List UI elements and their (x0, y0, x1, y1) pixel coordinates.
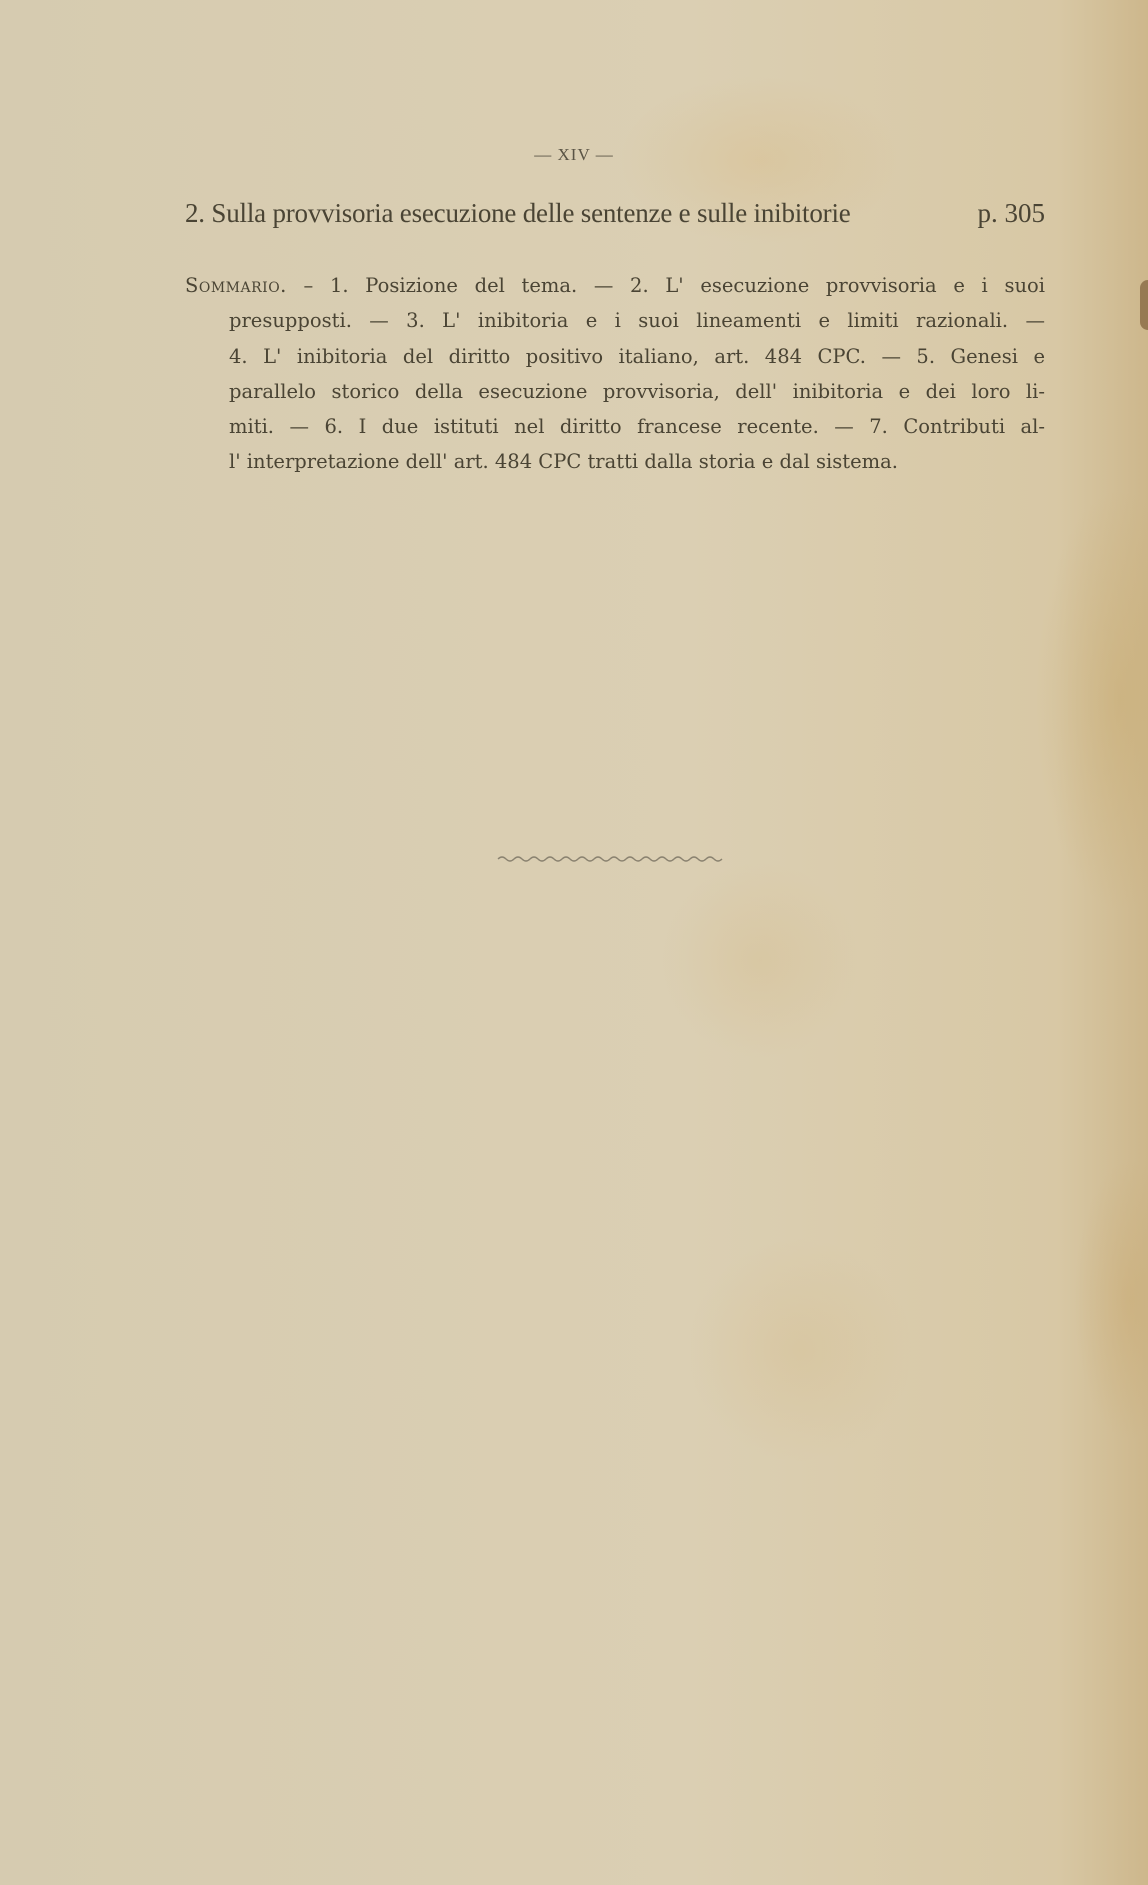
summary-line-1-text: – 1. Posizione del tema. — 2. L' esecuzi… (287, 274, 1045, 297)
summary-line-4: parallelo storico della esecuzione provv… (185, 374, 1045, 409)
toc-entry-title: 2. Sulla provvisoria esecuzione delle se… (185, 198, 851, 229)
page-folio: — XIV — (0, 145, 1148, 165)
summary-block: Sommario. – 1. Posizione del tema. — 2. … (185, 268, 1045, 480)
toc-entry-page-ref: p. 305 (978, 198, 1046, 229)
summary-line-1: Sommario. – 1. Posizione del tema. — 2. … (185, 268, 1045, 303)
summary-line-6: l' interpretazione dell' art. 484 CPC tr… (185, 444, 1045, 479)
wavy-rule-divider (496, 852, 724, 866)
page-edge-tab (1140, 280, 1148, 330)
toc-entry: 2. Sulla provvisoria esecuzione delle se… (185, 198, 1045, 229)
summary-line-2: presupposti. — 3. L' inibitoria e i suoi… (185, 303, 1045, 338)
summary-label: Sommario. (185, 274, 287, 297)
summary-line-5: miti. — 6. I due istituti nel diritto fr… (185, 409, 1045, 444)
summary-line-3: 4. L' inibitoria del diritto positivo it… (185, 339, 1045, 374)
